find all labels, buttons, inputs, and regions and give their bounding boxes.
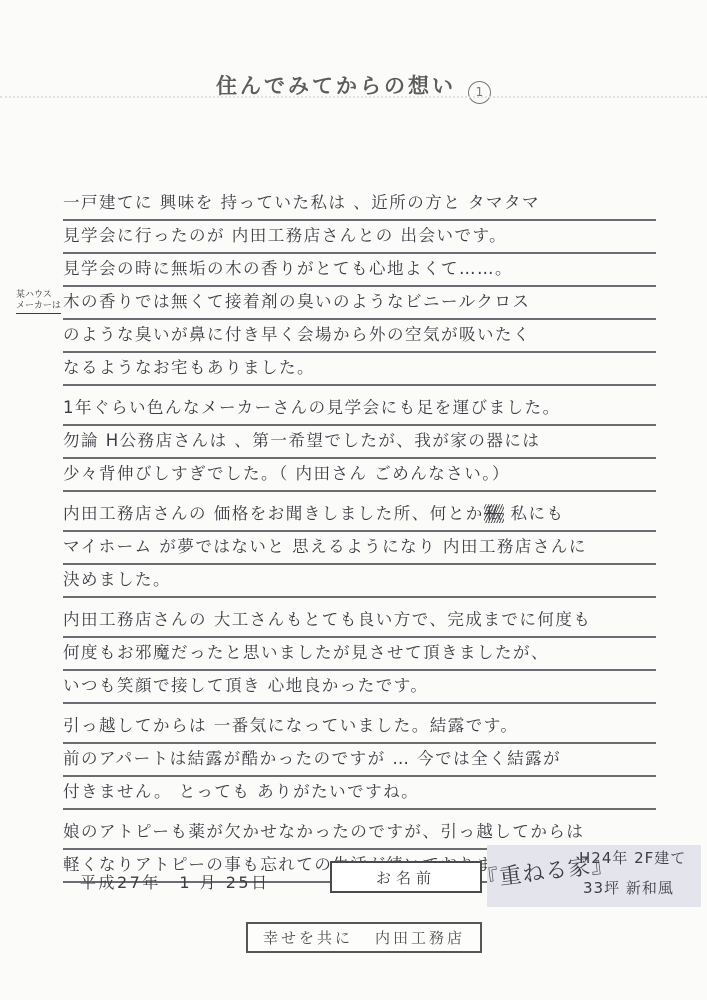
- line-text: 内田工務店さんの 大工さんもとても良い方で、完成までに何度も: [63, 610, 591, 629]
- handwritten-line: 付きません。 とっても ありがたいですね。: [63, 777, 656, 810]
- line-text: 内田工務店さんの 価格をお聞きしました所、何とか: [63, 504, 484, 523]
- handwritten-line: 少々背伸びしすぎでした。（ 内田さん ごめんなさい。）: [63, 459, 656, 492]
- handwritten-line: 内田工務店さんの 大工さんもとても良い方で、完成までに何度も: [63, 605, 656, 638]
- faint-rule-divider: [0, 96, 707, 98]
- line-text: 一戸建てに 興味を 持っていた私は 、近所の方と タマタマ: [63, 193, 540, 212]
- handwritten-line: 前のアパートは結露が酷かったのですが … 今では全く結露が: [63, 744, 656, 777]
- page-title-text: 住んでみてからの想い: [216, 74, 456, 98]
- line-text: マイホーム が夢ではないと 思えるようになり 内田工務店さんに: [63, 537, 587, 556]
- date-text: 平成27年 1 月 25日: [80, 870, 270, 893]
- house-spec-line1: H24年 2F建て: [579, 847, 686, 868]
- handwritten-line: 一戸建てに 興味を 持っていた私は 、近所の方と タマタマ: [63, 188, 656, 221]
- handwritten-line: マイホーム が夢ではないと 思えるようになり 内田工務店さんに: [63, 532, 656, 565]
- scanned-testimonial-page: 住んでみてからの想い1 一戸建てに 興味を 持っていた私は 、近所の方と タマタ…: [0, 0, 707, 1000]
- line-text: 少々背伸びしすぎでした。（ 内田さん ごめんなさい。）: [63, 464, 510, 483]
- handwritten-line: 勿論 H公務店さんは 、第一希望でしたが、我が家の器には: [63, 426, 656, 459]
- handwritten-line: 決めました。: [63, 565, 656, 598]
- line-text: 決めました。: [63, 570, 171, 589]
- circled-number-icon: 1: [468, 81, 491, 104]
- line-text: 見学会に行ったのが 内田工務店さんとの 出会いです。: [63, 226, 507, 245]
- brand-name: 内田工務店: [375, 927, 465, 948]
- handwritten-line: なるようなお宅もありました。: [63, 353, 656, 386]
- line-text: なるようなお宅もありました。: [63, 358, 315, 377]
- line-text: 前のアパートは結露が酷かったのですが … 今では全く結露が: [63, 749, 561, 768]
- handwritten-line: 内田工務店さんの 価格をお聞きしました所、何とか私 私にも: [63, 499, 656, 532]
- handwritten-line: 見学会に行ったのが 内田工務店さんとの 出会いです。: [63, 221, 656, 254]
- line-text: いつも笑顔で接して頂き 心地良かったです。: [63, 676, 428, 695]
- margin-note: 某ハウスメーカーは: [16, 290, 61, 314]
- name-label-box: お名前: [330, 861, 482, 893]
- handwritten-line: いつも笑顔で接して頂き 心地良かったです。: [63, 671, 656, 704]
- line-text: 木の香りでは無くて接着剤の臭いのようなビニールクロス: [63, 292, 530, 311]
- name-label: お名前: [376, 867, 436, 888]
- company-brand-box: 幸せを共に 内田工務店: [246, 922, 482, 953]
- body-lines: 一戸建てに 興味を 持っていた私は 、近所の方と タマタマ見学会に行ったのが 内…: [63, 188, 656, 883]
- line-text: 勿論 H公務店さんは 、第一希望でしたが、我が家の器には: [63, 431, 540, 450]
- line-text: 付きません。 とっても ありがたいですね。: [63, 782, 419, 801]
- line-text: 何度もお邪魔だったと思いましたが見させて頂きましたが、: [63, 643, 549, 662]
- handwritten-line: のような臭いが鼻に付き早く会場から外の空気が吸いたく: [63, 320, 656, 353]
- line-text: 私にも: [504, 504, 565, 523]
- page-title: 住んでみてからの想い1: [0, 70, 707, 104]
- handwritten-line: 1年ぐらい色んなメーカーさんの見学会にも足を運びました。: [63, 393, 656, 426]
- house-spec-line2: 33坪 新和風: [583, 877, 674, 898]
- handwritten-name-area: 『重ねる家』 H24年 2F建て 33坪 新和風: [487, 845, 701, 907]
- line-text: 娘のアトピーも薬が欠かせなかったのですが、引っ越してからは: [63, 822, 584, 841]
- line-text: 見学会の時に無垢の木の香りがとても心地よくて……。: [63, 259, 513, 278]
- line-text: 引っ越してからは 一番気になっていました。結露です。: [63, 716, 518, 735]
- line-text: 1年ぐらい色んなメーカーさんの見学会にも足を運びました。: [63, 398, 561, 417]
- handwritten-line: 何度もお邪魔だったと思いましたが見させて頂きましたが、: [63, 638, 656, 671]
- handwritten-line: 見学会の時に無垢の木の香りがとても心地よくて……。: [63, 254, 656, 287]
- handwritten-line: 木の香りでは無くて接着剤の臭いのようなビニールクロス某ハウスメーカーは: [63, 287, 656, 320]
- handwritten-line: 引っ越してからは 一番気になっていました。結露です。: [63, 711, 656, 744]
- brand-slogan: 幸せを共に: [263, 927, 353, 948]
- line-text: のような臭いが鼻に付き早く会場から外の空気が吸いたく: [63, 325, 531, 344]
- struck-out-text: 私: [484, 504, 504, 523]
